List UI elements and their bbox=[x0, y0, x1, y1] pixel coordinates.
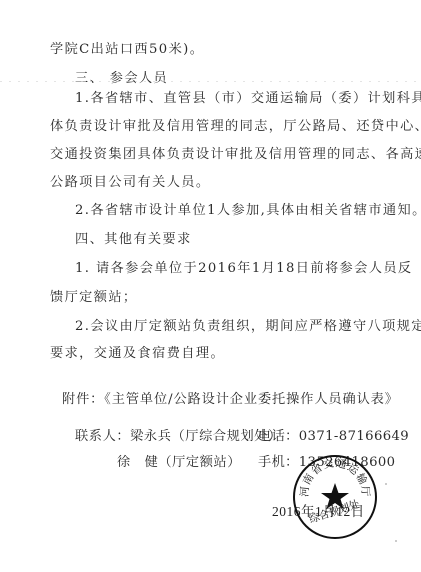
scan-speck bbox=[385, 483, 387, 485]
section-heading: 三、 参会人员 bbox=[75, 71, 168, 87]
text-line: 公路项目公司有关人员。 bbox=[50, 175, 210, 191]
star-icon: 河南省交通运输厅 bbox=[295, 457, 375, 537]
contact-name: 徐 健（厅定额站） bbox=[117, 455, 241, 471]
scan-artifact bbox=[0, 81, 421, 82]
text-line: 1.各省辖市、直管县（市）交通运输局（委）计划科具 bbox=[75, 91, 421, 107]
contact-name: 联系人：梁永兵（厅综合规划处） bbox=[75, 429, 282, 445]
scan-speck bbox=[395, 540, 397, 542]
attachment-line: 附件：《主管单位/公路设计企业委托操作人员确认表》 bbox=[62, 392, 399, 408]
text-line: 交通投资集团具体负责设计审批及信用管理的同志、各高速 bbox=[50, 147, 421, 163]
section-heading: 四、其他有关要求 bbox=[75, 232, 192, 248]
contact-phone: 电话：0371-87166649 bbox=[258, 429, 409, 445]
text-line: 学院C出站口西50米)。 bbox=[50, 42, 204, 58]
text-line: 体负责设计审批及信用管理的同志，厅公路局、还贷中心、 bbox=[50, 119, 421, 135]
text-line: 2.会议由厅定额站负责组织，期间应严格遵守八项规定 bbox=[75, 319, 421, 335]
text-line: 馈厅定额站； bbox=[50, 290, 138, 306]
official-seal: 河南省交通运输厅 bbox=[293, 455, 377, 539]
text-line: 要求，交通及食宿费自理。 bbox=[50, 346, 225, 362]
text-line: 1. 请各参会单位于2016年1月18日前将参会人员反 bbox=[75, 261, 413, 277]
text-line: 2.各省辖市设计单位1人参加,具体由相关省辖市通知。 bbox=[75, 203, 421, 219]
